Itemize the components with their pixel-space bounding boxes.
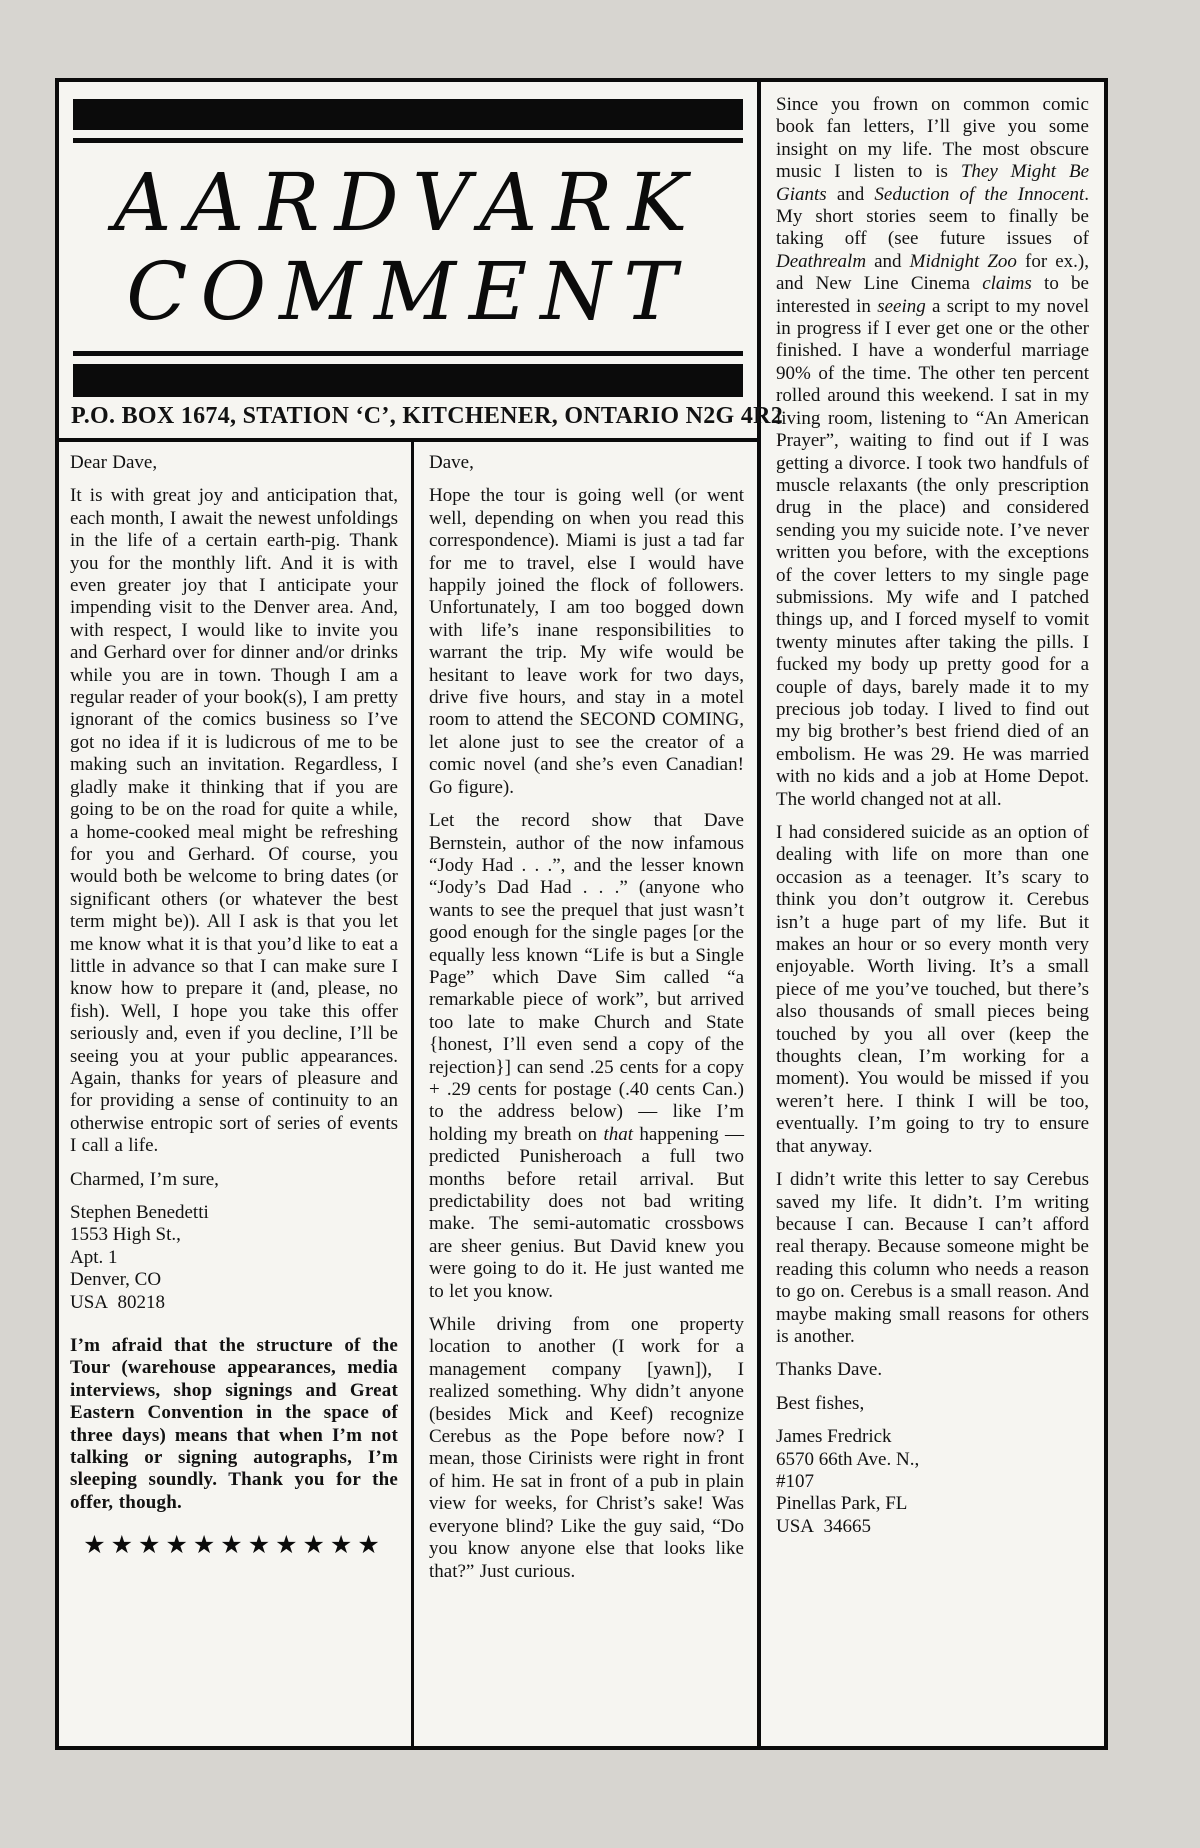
letter-columns: Dear Dave, It is with great joy and anti…: [59, 442, 757, 1746]
letter2-paragraph-6: I didn’t write this letter to say Cerebu…: [776, 1169, 1089, 1348]
letter2-salutation: Dave,: [429, 452, 744, 474]
column-1-letter-benedetti: Dear Dave, It is with great joy and anti…: [59, 442, 411, 1746]
letter2-address-city: Pinellas Park, FL: [776, 1493, 1089, 1515]
po-box-address: P.O. BOX 1674, STATION ‘C’, KITCHENER, O…: [71, 403, 745, 430]
column-2-letter-fredrick: Dave, Hope the tour is going well (or we…: [411, 442, 757, 1746]
left-region: AARDVARK COMMENT P.O. BOX 1674, STATION …: [59, 82, 761, 1746]
scanned-letters-page: { "masthead": { "title_line1": "AARDVARK…: [0, 0, 1200, 1848]
letter2-sender-address: James Fredrick 6570 66th Ave. N., #107 P…: [776, 1426, 1089, 1538]
masthead-title-line2: COMMENT: [71, 249, 745, 335]
masthead-top-bar: [73, 99, 743, 130]
masthead: AARDVARK COMMENT P.O. BOX 1674, STATION …: [59, 82, 757, 442]
letter1-address-name: Stephen Benedetti: [70, 1202, 398, 1224]
star-divider: ★★★★★★★★★★★: [70, 1530, 398, 1559]
letter2-signoff: Best fishes,: [776, 1393, 1089, 1415]
column-3-letter-fredrick-continued: Since you frown on common comic book fan…: [761, 82, 1104, 1746]
masthead-title-line1: AARDVARK: [71, 157, 745, 249]
letter2-paragraph-1: Hope the tour is going well (or went wel…: [429, 485, 744, 799]
letter1-salutation: Dear Dave,: [70, 452, 398, 474]
letter2-address-zip: USA 34665: [776, 1516, 1089, 1538]
letter2-thanks: Thanks Dave.: [776, 1359, 1089, 1381]
letter2-address-street: 6570 66th Ave. N.,: [776, 1449, 1089, 1471]
letter2-paragraph-3: While driving from one property location…: [429, 1314, 744, 1583]
letter1-address-zip: USA 80218: [70, 1292, 398, 1314]
letter2-paragraph-2: Let the record show that Dave Bernstein,…: [429, 810, 744, 1303]
letter1-sender-address: Stephen Benedetti 1553 High St., Apt. 1 …: [70, 1202, 398, 1314]
letters-page-frame: AARDVARK COMMENT P.O. BOX 1674, STATION …: [55, 78, 1108, 1750]
editor-reply: I’m afraid that the structure of the Tou…: [70, 1335, 398, 1514]
letter1-address-city: Denver, CO: [70, 1269, 398, 1291]
masthead-bottom-rule: [73, 351, 743, 356]
masthead-title: AARDVARK COMMENT: [71, 143, 745, 351]
letter2-paragraph-5: I had considered suicide as an option of…: [776, 822, 1089, 1158]
letter1-signoff: Charmed, I’m sure,: [70, 1169, 398, 1191]
letter1-address-apt: Apt. 1: [70, 1247, 398, 1269]
letter2-paragraph-4: Since you frown on common comic book fan…: [776, 94, 1089, 811]
letter2-address-unit: #107: [776, 1471, 1089, 1493]
letter1-address-street: 1553 High St.,: [70, 1224, 398, 1246]
letter1-body: It is with great joy and anticipation th…: [70, 485, 398, 1157]
letter2-address-name: James Fredrick: [776, 1426, 1089, 1448]
masthead-bottom-bar: [73, 364, 743, 397]
